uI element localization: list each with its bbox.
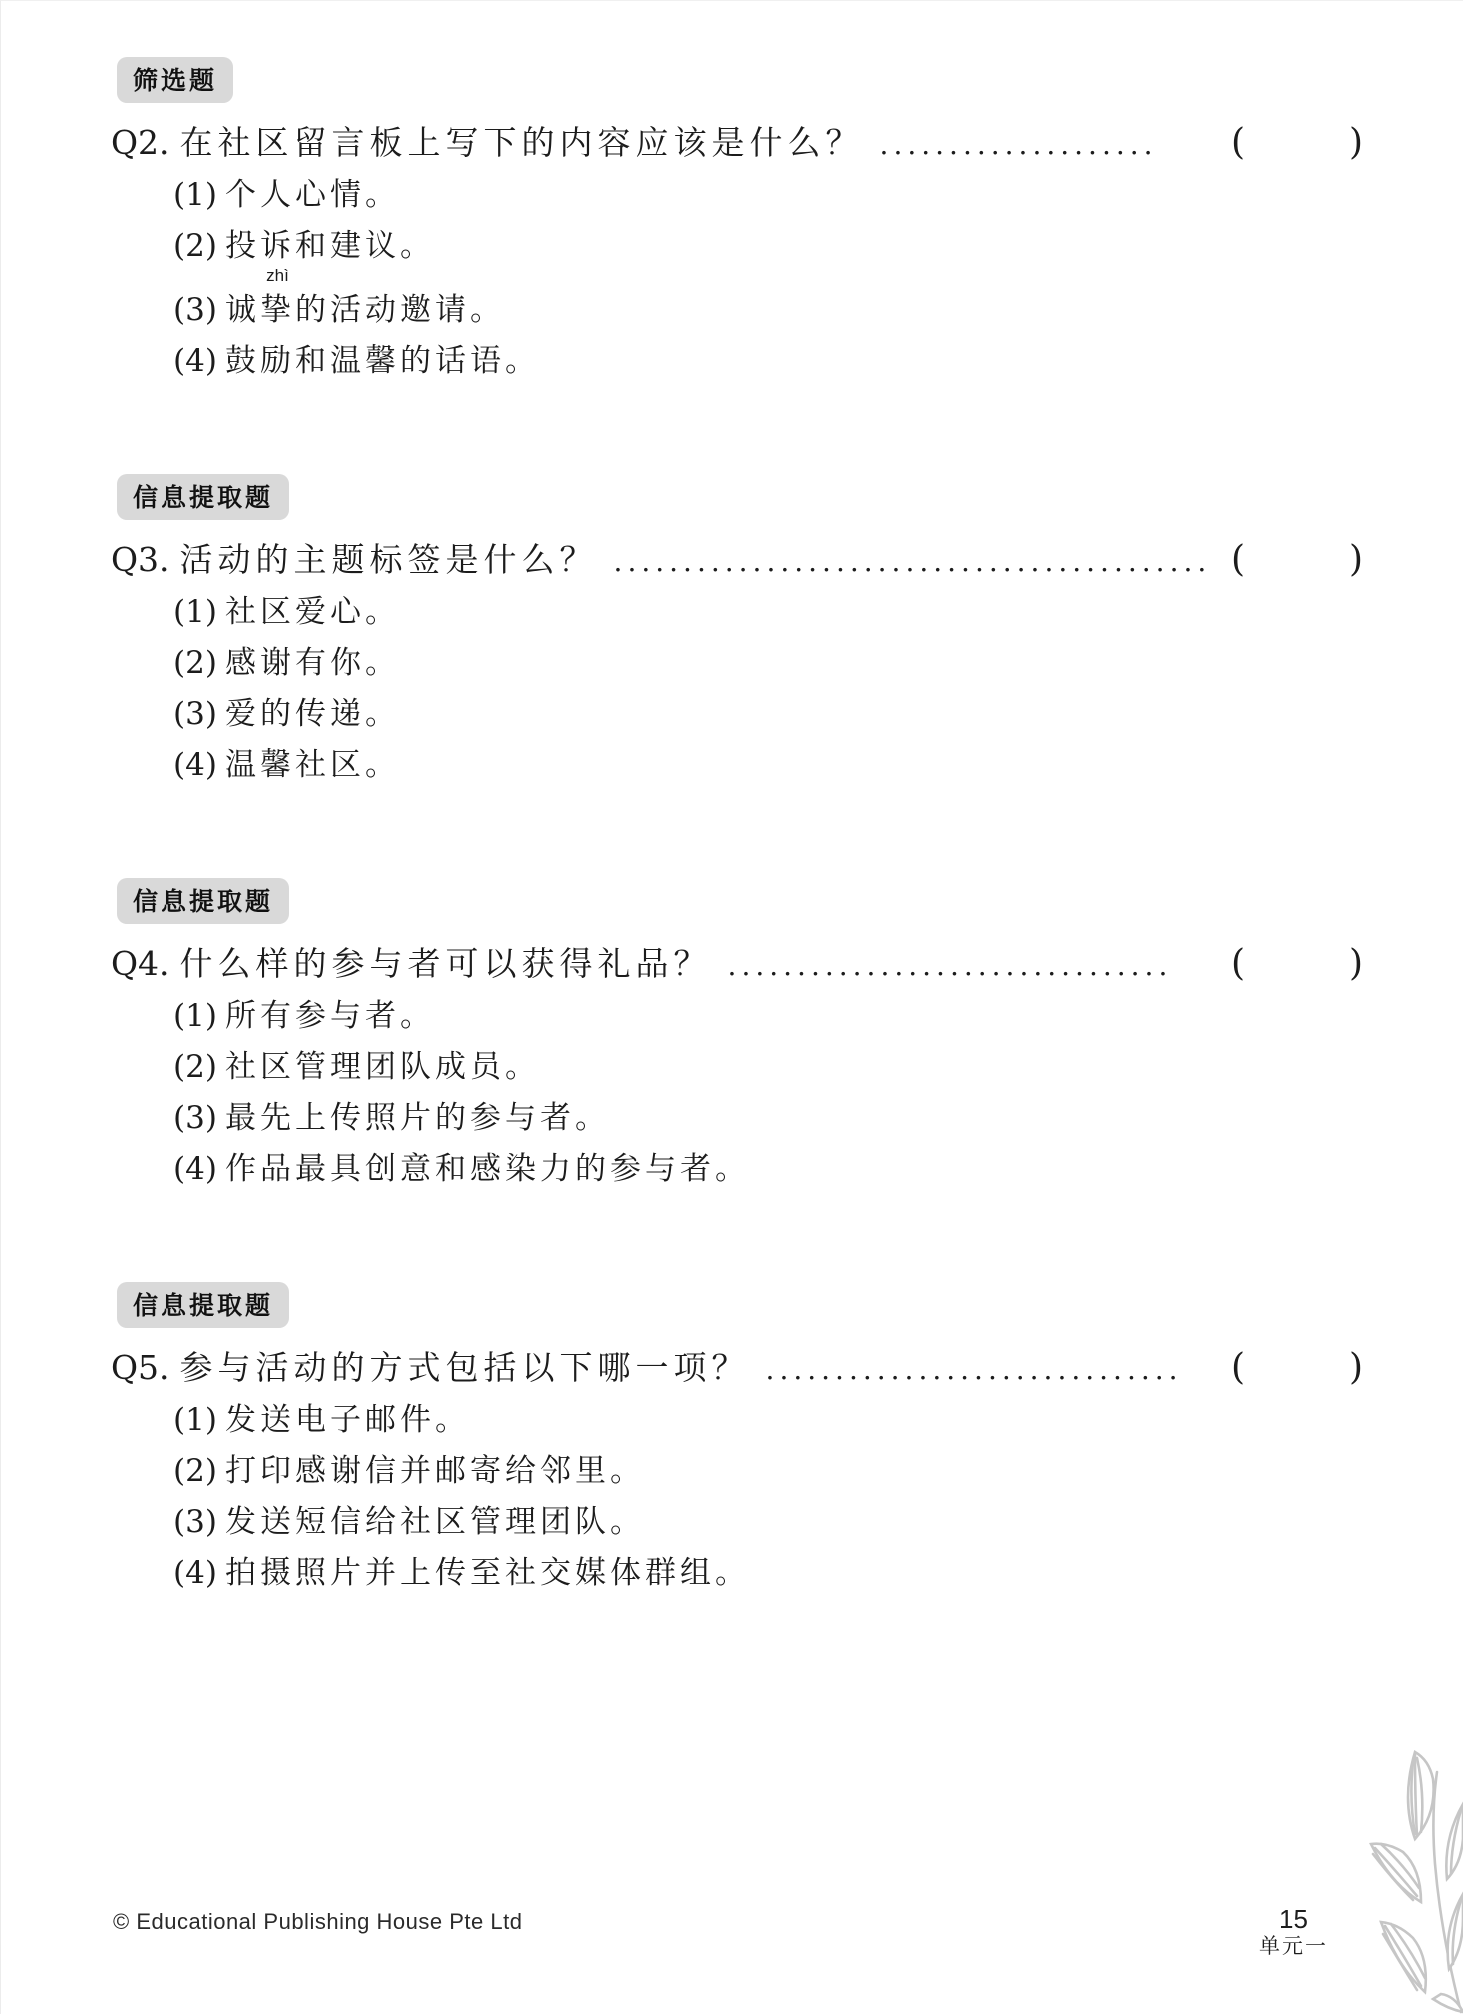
- option-row[interactable]: (4) 鼓励和温馨的话语。: [111, 340, 1363, 382]
- option-number: (3): [173, 1097, 225, 1139]
- option-text: 爱的传递。: [225, 693, 400, 735]
- option-number: (3): [173, 289, 225, 331]
- question-section-q5: 信息提取题 Q5. 参与活动的方式包括以下哪一项？ ..............…: [111, 1282, 1363, 1594]
- option-text: 社区管理团队成员。: [225, 1046, 540, 1088]
- option-text: 打印感谢信并邮寄给邻里。: [225, 1450, 645, 1492]
- question-line: Q2. 在社区留言板上写下的内容应该是什么？ .................…: [111, 117, 1363, 164]
- option-row[interactable]: (2) 感谢有你。: [111, 642, 1363, 684]
- ruby-base-char: 挚: [260, 292, 295, 328]
- option-text: 温馨社区。: [225, 744, 400, 786]
- question-type-badge: 信息提取题: [117, 878, 289, 924]
- question-number: Q2.: [111, 123, 170, 162]
- option-row[interactable]: (4) 作品最具创意和感染力的参与者。: [111, 1148, 1363, 1190]
- option-row[interactable]: (1) 所有参与者。: [111, 995, 1363, 1037]
- question-section-q2: 筛选题 Q2. 在社区留言板上写下的内容应该是什么？ .............…: [111, 57, 1363, 382]
- option-text: 鼓励和温馨的话语。: [225, 340, 540, 382]
- dotted-leader: ........................................…: [614, 545, 1211, 578]
- question-type-badge: 信息提取题: [117, 1282, 289, 1328]
- option-row[interactable]: (3) 爱的传递。: [111, 693, 1363, 735]
- question-type-badge: 筛选题: [117, 57, 233, 103]
- ruby-annotated-char: zhì挚: [260, 289, 295, 331]
- option-number: (4): [173, 1148, 225, 1190]
- option-row[interactable]: (4) 拍摄照片并上传至社交媒体群组。: [111, 1552, 1363, 1594]
- options-list: (1) 发送电子邮件。 (2) 打印感谢信并邮寄给邻里。 (3) 发送短信给社区…: [111, 1399, 1363, 1594]
- options-list: (1) 社区爱心。 (2) 感谢有你。 (3) 爱的传递。 (4) 温馨社区。: [111, 591, 1363, 786]
- option-row[interactable]: (1) 个人心情。: [111, 174, 1363, 216]
- option-text: 投诉和建议。: [225, 225, 435, 267]
- paren-close: ): [1349, 1347, 1363, 1388]
- option-text: 社区爱心。: [225, 591, 400, 633]
- option-number: (2): [173, 1450, 225, 1492]
- question-line: Q5. 参与活动的方式包括以下哪一项？ ....................…: [111, 1342, 1363, 1389]
- question-text: 什么样的参与者可以获得礼品？: [180, 938, 712, 985]
- option-row[interactable]: (3) 最先上传照片的参与者。: [111, 1097, 1363, 1139]
- paren-close: ): [1349, 539, 1363, 580]
- question-number: Q4.: [111, 944, 170, 983]
- option-text: 作品最具创意和感染力的参与者。: [225, 1148, 750, 1190]
- dotted-leader: ..............................: [766, 1353, 1211, 1386]
- option-row[interactable]: (4) 温馨社区。: [111, 744, 1363, 786]
- option-number: (3): [173, 1501, 225, 1543]
- option-number: (2): [173, 225, 225, 267]
- unit-label: 单元一: [1259, 1934, 1328, 1960]
- options-list: (1) 所有参与者。 (2) 社区管理团队成员。 (3) 最先上传照片的参与者。…: [111, 995, 1363, 1190]
- option-text: 感谢有你。: [225, 642, 400, 684]
- option-number: (4): [173, 1552, 225, 1594]
- answer-blank[interactable]: (): [1231, 122, 1363, 163]
- option-row[interactable]: (2) 投诉和建议。: [111, 225, 1363, 267]
- paren-close: ): [1349, 943, 1363, 984]
- page-content: 筛选题 Q2. 在社区留言板上写下的内容应该是什么？ .............…: [1, 1, 1463, 1594]
- option-text: 发送短信给社区管理团队。: [225, 1501, 645, 1543]
- workbook-page: 筛选题 Q2. 在社区留言板上写下的内容应该是什么？ .............…: [0, 0, 1463, 2014]
- option-number: (1): [173, 174, 225, 216]
- option-text: 个人心情。: [225, 174, 400, 216]
- question-type-badge: 信息提取题: [117, 474, 289, 520]
- question-line: Q4. 什么样的参与者可以获得礼品？ .....................…: [111, 938, 1363, 985]
- answer-blank[interactable]: (): [1231, 1347, 1363, 1388]
- question-number: Q5.: [111, 1348, 170, 1387]
- answer-blank[interactable]: (): [1231, 539, 1363, 580]
- option-number: (1): [173, 1399, 225, 1441]
- page-number-block: 15 单元一: [1259, 1904, 1328, 1960]
- option-text: 拍摄照片并上传至社交媒体群组。: [225, 1552, 750, 1594]
- paren-open: (: [1231, 1347, 1245, 1388]
- option-text: 最先上传照片的参与者。: [225, 1097, 610, 1139]
- option-text: 发送电子邮件。: [225, 1399, 470, 1441]
- paren-open: (: [1231, 539, 1245, 580]
- option-row[interactable]: (3) 诚zhì挚的活动邀请。: [111, 289, 1363, 331]
- option-text: 所有参与者。: [225, 995, 435, 1037]
- paren-open: (: [1231, 943, 1245, 984]
- option-row[interactable]: (1) 社区爱心。: [111, 591, 1363, 633]
- paren-close: ): [1349, 122, 1363, 163]
- option-number: (3): [173, 693, 225, 735]
- copyright-text: © Educational Publishing House Pte Ltd: [113, 1909, 522, 1935]
- question-text: 在社区留言板上写下的内容应该是什么？: [180, 117, 864, 164]
- question-section-q4: 信息提取题 Q4. 什么样的参与者可以获得礼品？ ...............…: [111, 878, 1363, 1190]
- question-number: Q3.: [111, 540, 170, 579]
- dotted-leader: ................................: [728, 949, 1211, 982]
- leaf-decoration-graphic: [1363, 1744, 1463, 2014]
- option-text-pre: 诚: [225, 289, 260, 331]
- option-row[interactable]: (2) 社区管理团队成员。: [111, 1046, 1363, 1088]
- option-number: (4): [173, 340, 225, 382]
- option-number: (4): [173, 744, 225, 786]
- question-section-q3: 信息提取题 Q3. 活动的主题标签是什么？ ..................…: [111, 474, 1363, 786]
- option-number: (1): [173, 591, 225, 633]
- option-number: (2): [173, 1046, 225, 1088]
- option-row[interactable]: (1) 发送电子邮件。: [111, 1399, 1363, 1441]
- dotted-leader: ....................: [880, 128, 1211, 161]
- option-row[interactable]: (3) 发送短信给社区管理团队。: [111, 1501, 1363, 1543]
- question-text: 参与活动的方式包括以下哪一项？: [180, 1342, 750, 1389]
- pinyin-label: zhì: [266, 267, 289, 284]
- option-row[interactable]: (2) 打印感谢信并邮寄给邻里。: [111, 1450, 1363, 1492]
- question-line: Q3. 活动的主题标签是什么？ ........................…: [111, 534, 1363, 581]
- option-text-post: 的活动邀请。: [295, 289, 505, 331]
- paren-open: (: [1231, 122, 1245, 163]
- answer-blank[interactable]: (): [1231, 943, 1363, 984]
- options-list: (1) 个人心情。 (2) 投诉和建议。 (3) 诚zhì挚的活动邀请。 (4)…: [111, 174, 1363, 382]
- question-text: 活动的主题标签是什么？: [180, 534, 598, 581]
- page-number: 15: [1259, 1904, 1328, 1934]
- option-number: (1): [173, 995, 225, 1037]
- option-number: (2): [173, 642, 225, 684]
